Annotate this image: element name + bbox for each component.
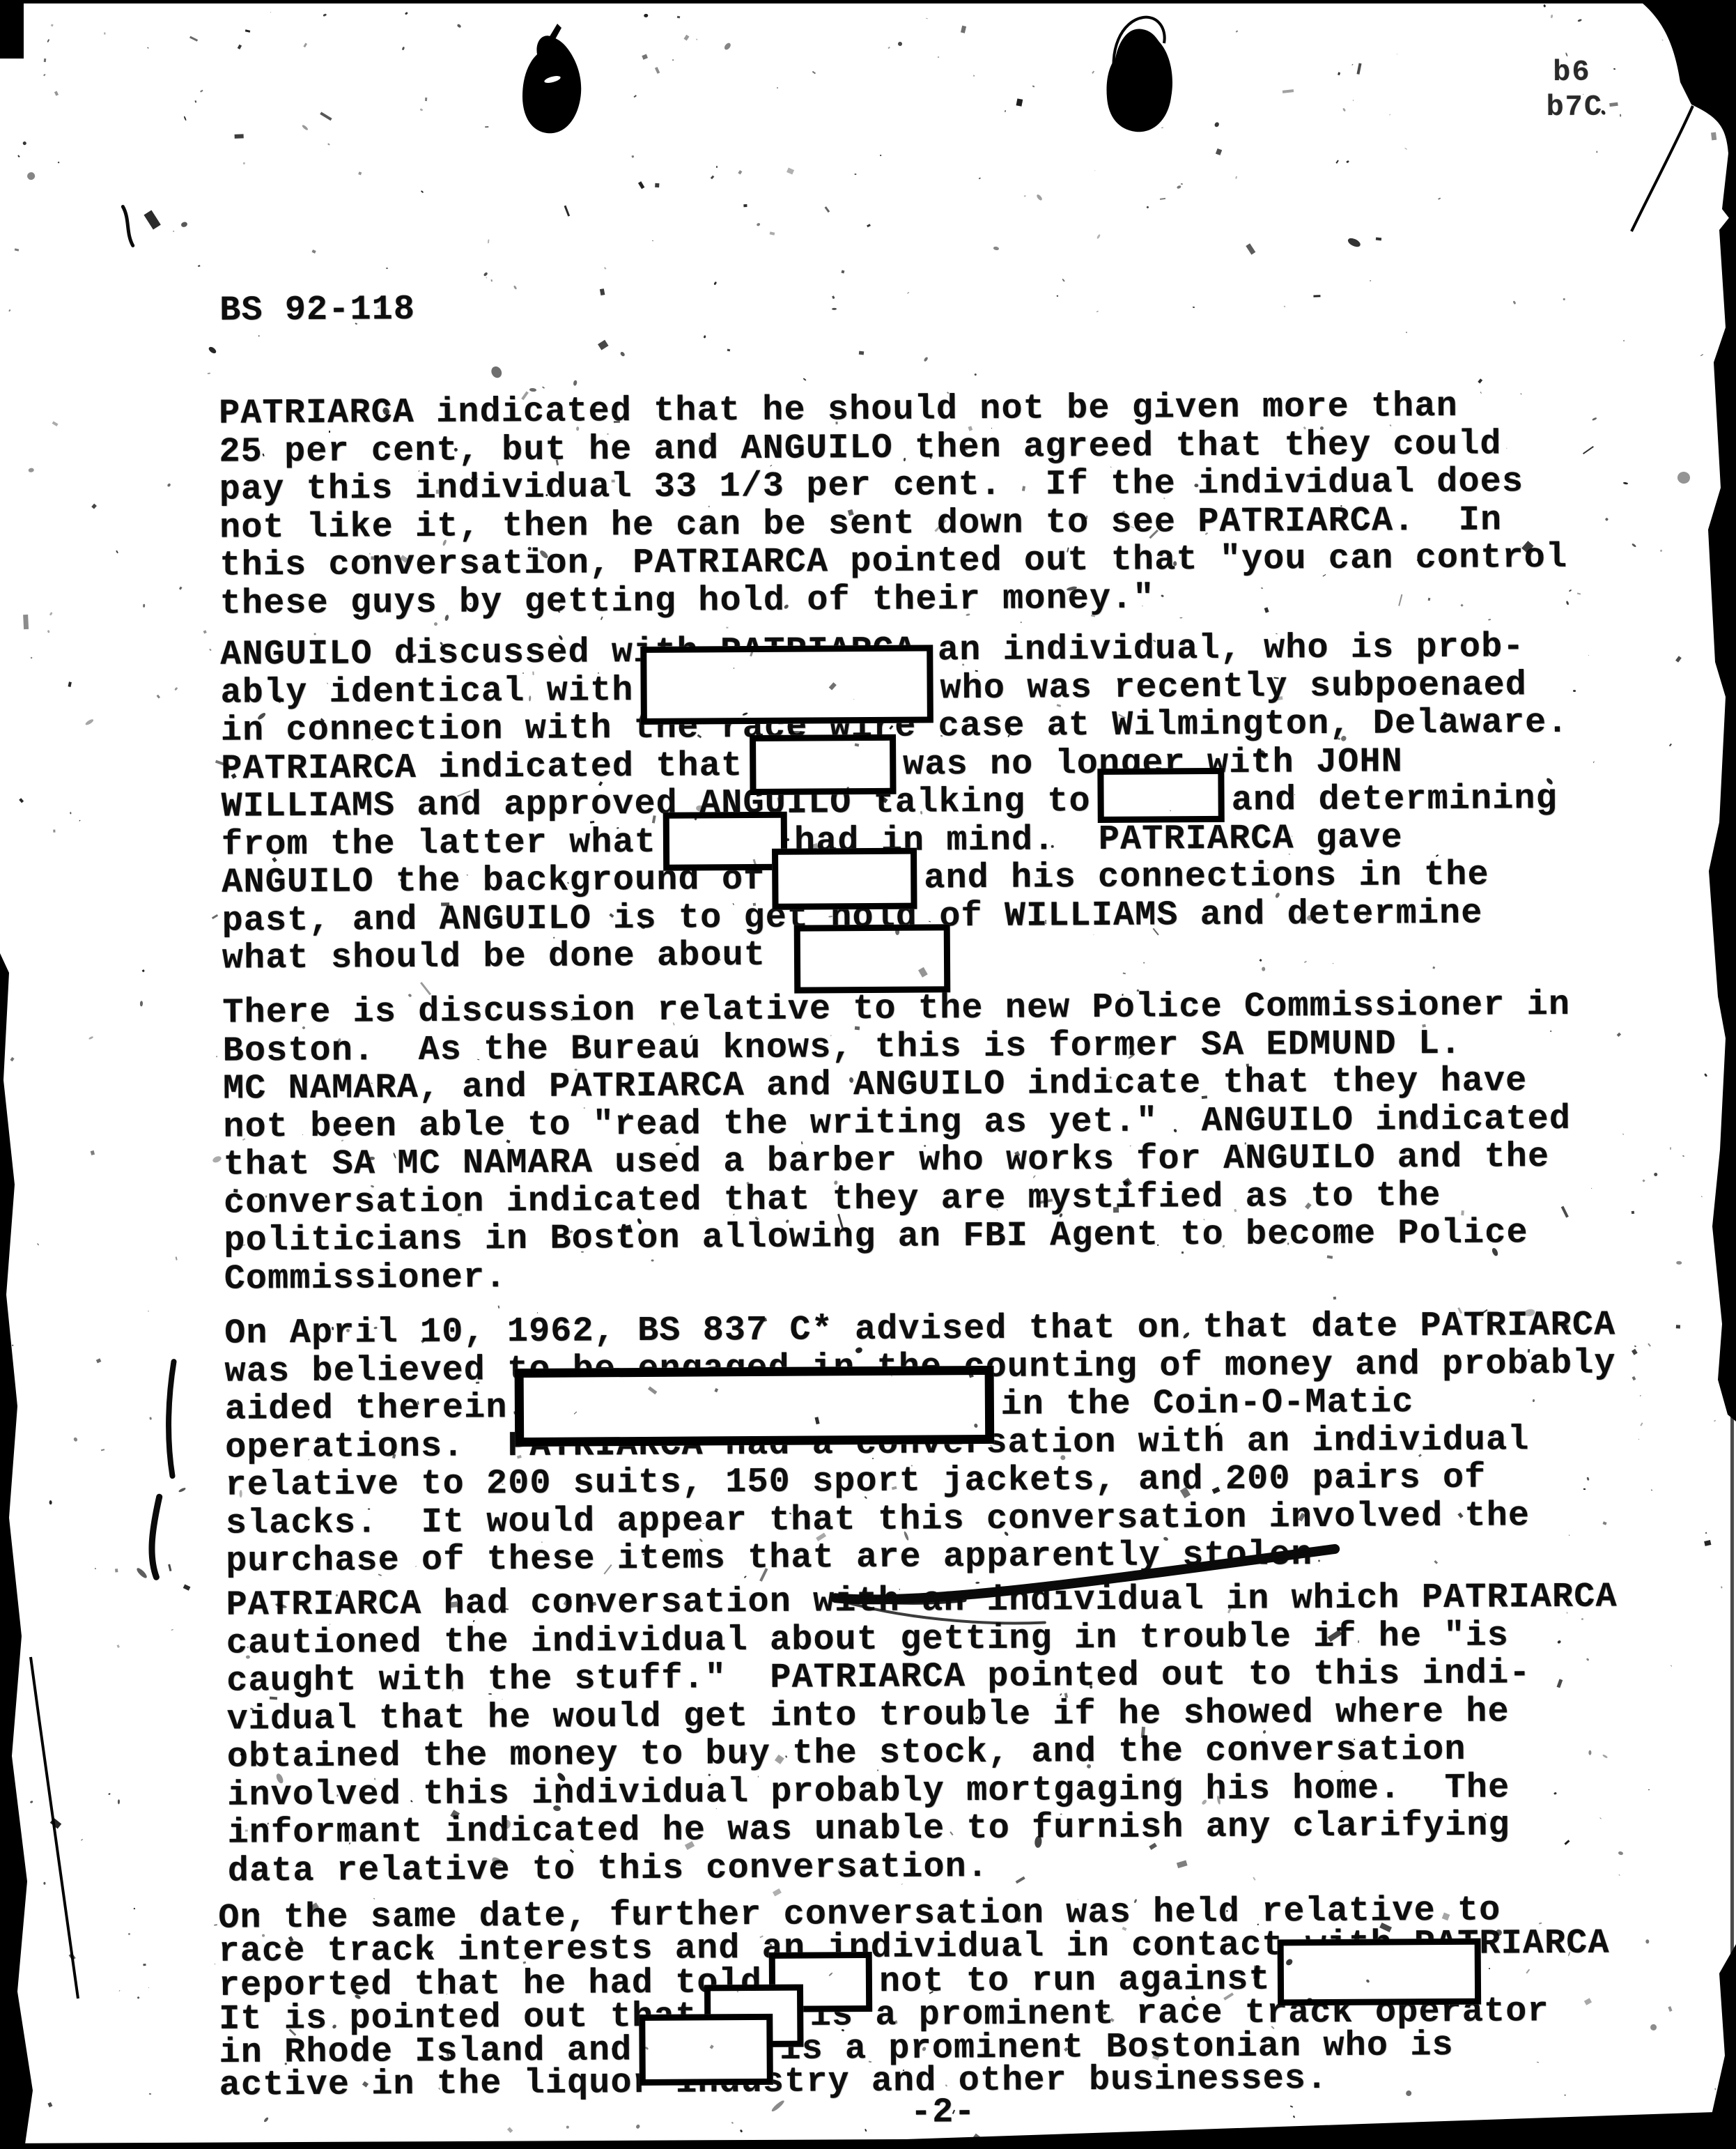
case-number: BS 92-118: [219, 290, 415, 331]
document-content: BS 92-118 b6 b7C PATRIARCA indicated tha…: [0, 0, 1736, 2149]
paragraphs: PATRIARCA indicated that he should not b…: [0, 0, 1730, 6]
redaction-box: [640, 645, 933, 725]
redaction-box: [514, 1366, 994, 1447]
paragraph: ANGUILO discussed with PATRIARCA an indi…: [220, 628, 1713, 979]
redaction-box: [1277, 1938, 1481, 2005]
text-line: purchase of these items that are apparen…: [226, 1534, 1716, 1582]
text-line: these guys by getting hold of their mone…: [220, 576, 1711, 624]
redaction-box: [1098, 768, 1225, 823]
text-line: Commissioner.: [224, 1251, 1715, 1299]
classification-marking-b6: b6: [1553, 56, 1591, 89]
document-page: BS 92-118 b6 b7C PATRIARCA indicated tha…: [0, 0, 1736, 2149]
paragraph: On April 10, 1962, BS 837 C* advised tha…: [224, 1307, 1716, 1582]
redaction-box: [772, 847, 917, 909]
text-line: data relative to this conversation.: [228, 1844, 1719, 1891]
paragraph: On the same date, further conversation w…: [218, 1893, 1710, 2103]
redaction-box: [794, 924, 951, 993]
page-number: -2-: [910, 2093, 976, 2133]
redaction-box: [663, 812, 788, 871]
paragraph: PATRIARCA had conversation with an indiv…: [226, 1578, 1719, 1891]
redaction-box: [750, 734, 897, 795]
paragraph: There is discussion relative to the new …: [222, 986, 1715, 1299]
classification-marking-b7c: b7C: [1546, 91, 1603, 124]
paragraph: PATRIARCA indicated that he should not b…: [219, 387, 1711, 624]
text-line: what should be done about: [222, 932, 1713, 979]
redaction-box: [639, 2014, 773, 2086]
